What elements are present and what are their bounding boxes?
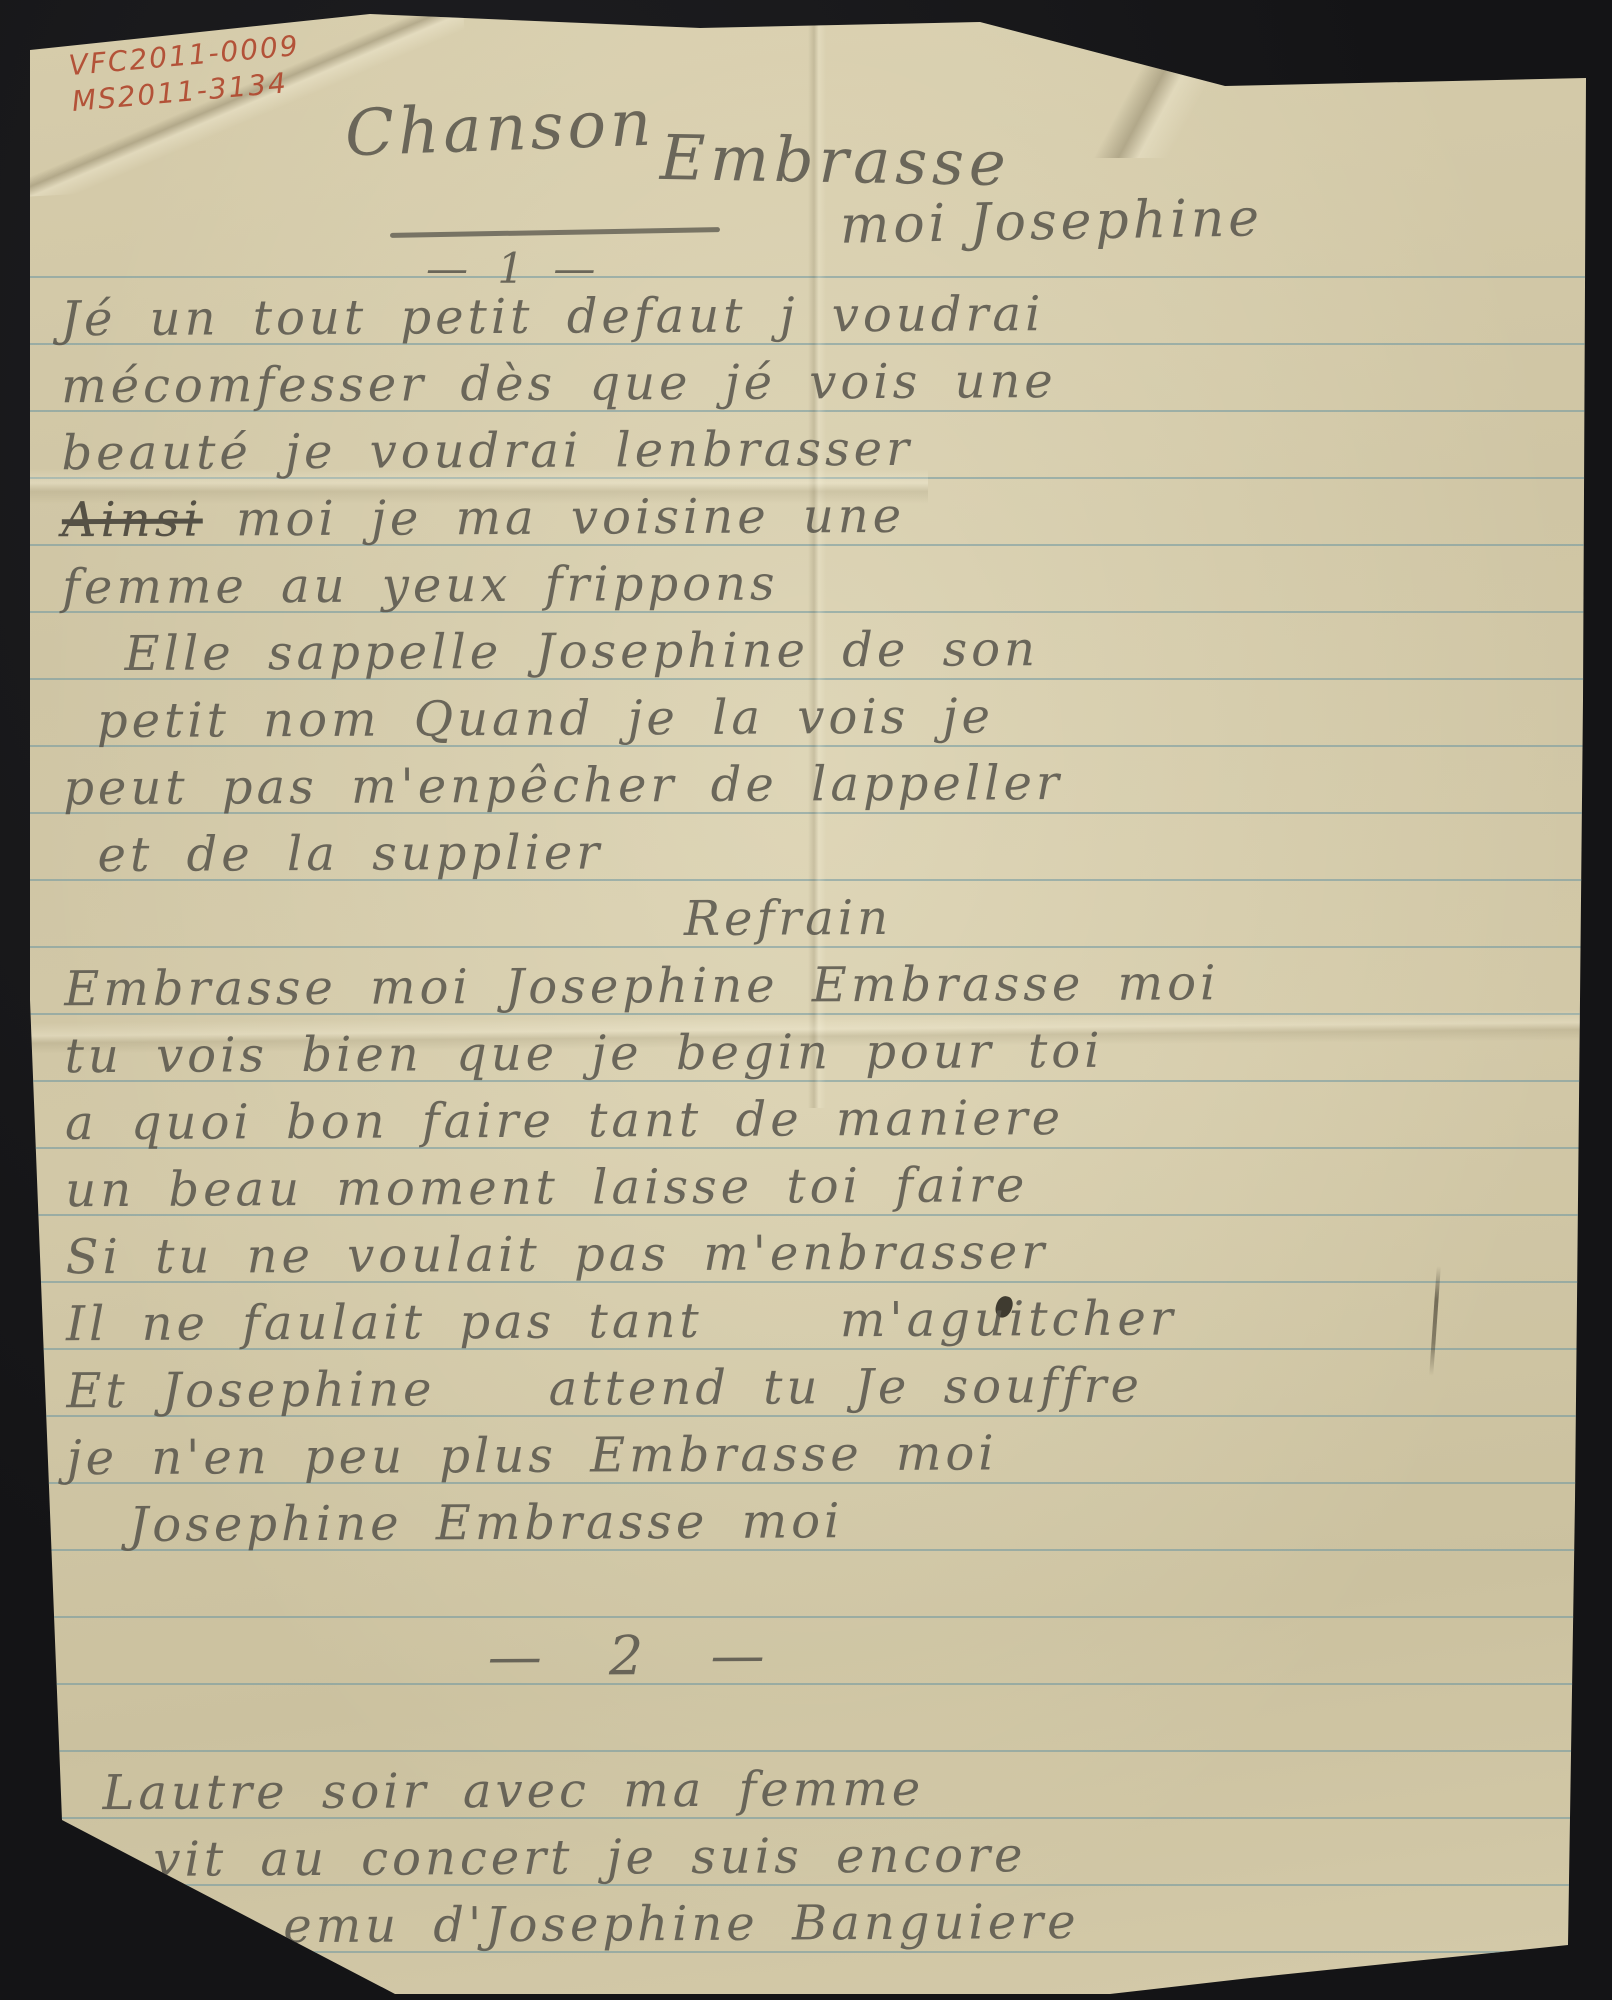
struck-word: Ainsi bbox=[62, 492, 203, 549]
scanned-page-canvas: VFC2011-0009 MS2011-3134 Chanson — 1 — E… bbox=[0, 0, 1612, 2000]
lyric-line: Elle sappelle Josephine de son bbox=[62, 617, 1312, 691]
lyrics: Jé un tout petit defaut j voudraimécomfe… bbox=[61, 282, 1320, 1964]
lyric-line: Et Josephine attend tu Je souffre bbox=[66, 1354, 1316, 1428]
lyric-line: — 2 — bbox=[68, 1622, 1318, 1696]
lyric-line: Lautre soir avec ma femme bbox=[68, 1756, 1318, 1830]
lyric-line: a quoi bon faire tant de maniere bbox=[65, 1086, 1315, 1160]
title-underline bbox=[390, 227, 720, 238]
lyric-line bbox=[68, 1689, 1318, 1763]
lyric-line: un beau moment laisse toi faire bbox=[65, 1153, 1315, 1227]
archival-number: VFC2011-0009 MS2011-3134 bbox=[67, 28, 304, 120]
lyric-line bbox=[67, 1555, 1317, 1629]
lyric-line: Josephine Embrasse moi bbox=[67, 1488, 1317, 1562]
lyric-line: petit nom Quand je la vois je bbox=[63, 684, 1313, 758]
lyric-line: mécomfesser dès que jé vois une bbox=[61, 349, 1311, 423]
song-title-line2: moi Josephine bbox=[840, 188, 1264, 255]
lyric-line: Ainsi moi je ma voisine une bbox=[62, 483, 1312, 557]
lyric-line: femme au yeux frippons bbox=[62, 550, 1312, 624]
lyric-line: beauté je voudrai lenbrasser bbox=[61, 416, 1311, 490]
lyric-line: tu vois bien que je begin pour toi bbox=[64, 1019, 1314, 1093]
lyric-line: et de la supplier bbox=[63, 818, 1313, 892]
lyric-line: Embrasse moi Josephine Embrasse moi bbox=[64, 952, 1314, 1026]
song-title-line1: Embrasse bbox=[659, 121, 1011, 200]
section-title: Chanson bbox=[344, 87, 657, 172]
lyric-line: Il ne faulait pas tant m'aguitcher bbox=[66, 1287, 1316, 1361]
lyric-line: Jé un tout petit defaut j voudrai bbox=[61, 282, 1311, 356]
paper-sheet: VFC2011-0009 MS2011-3134 Chanson — 1 — E… bbox=[28, 8, 1588, 1994]
lyric-line: Refrain bbox=[64, 885, 1314, 959]
lyric-line: je n'en peu plus Embrasse moi bbox=[67, 1421, 1317, 1495]
lyric-line: Si tu ne voulait pas m'enbrasser bbox=[66, 1220, 1316, 1294]
lyric-line: peut pas m'enpêcher de lappeller bbox=[63, 751, 1313, 825]
lyric-line: toute emu d'Josephine Banguiere bbox=[69, 1890, 1319, 1964]
lyric-line: je vit au concert je suis encore bbox=[69, 1823, 1319, 1897]
